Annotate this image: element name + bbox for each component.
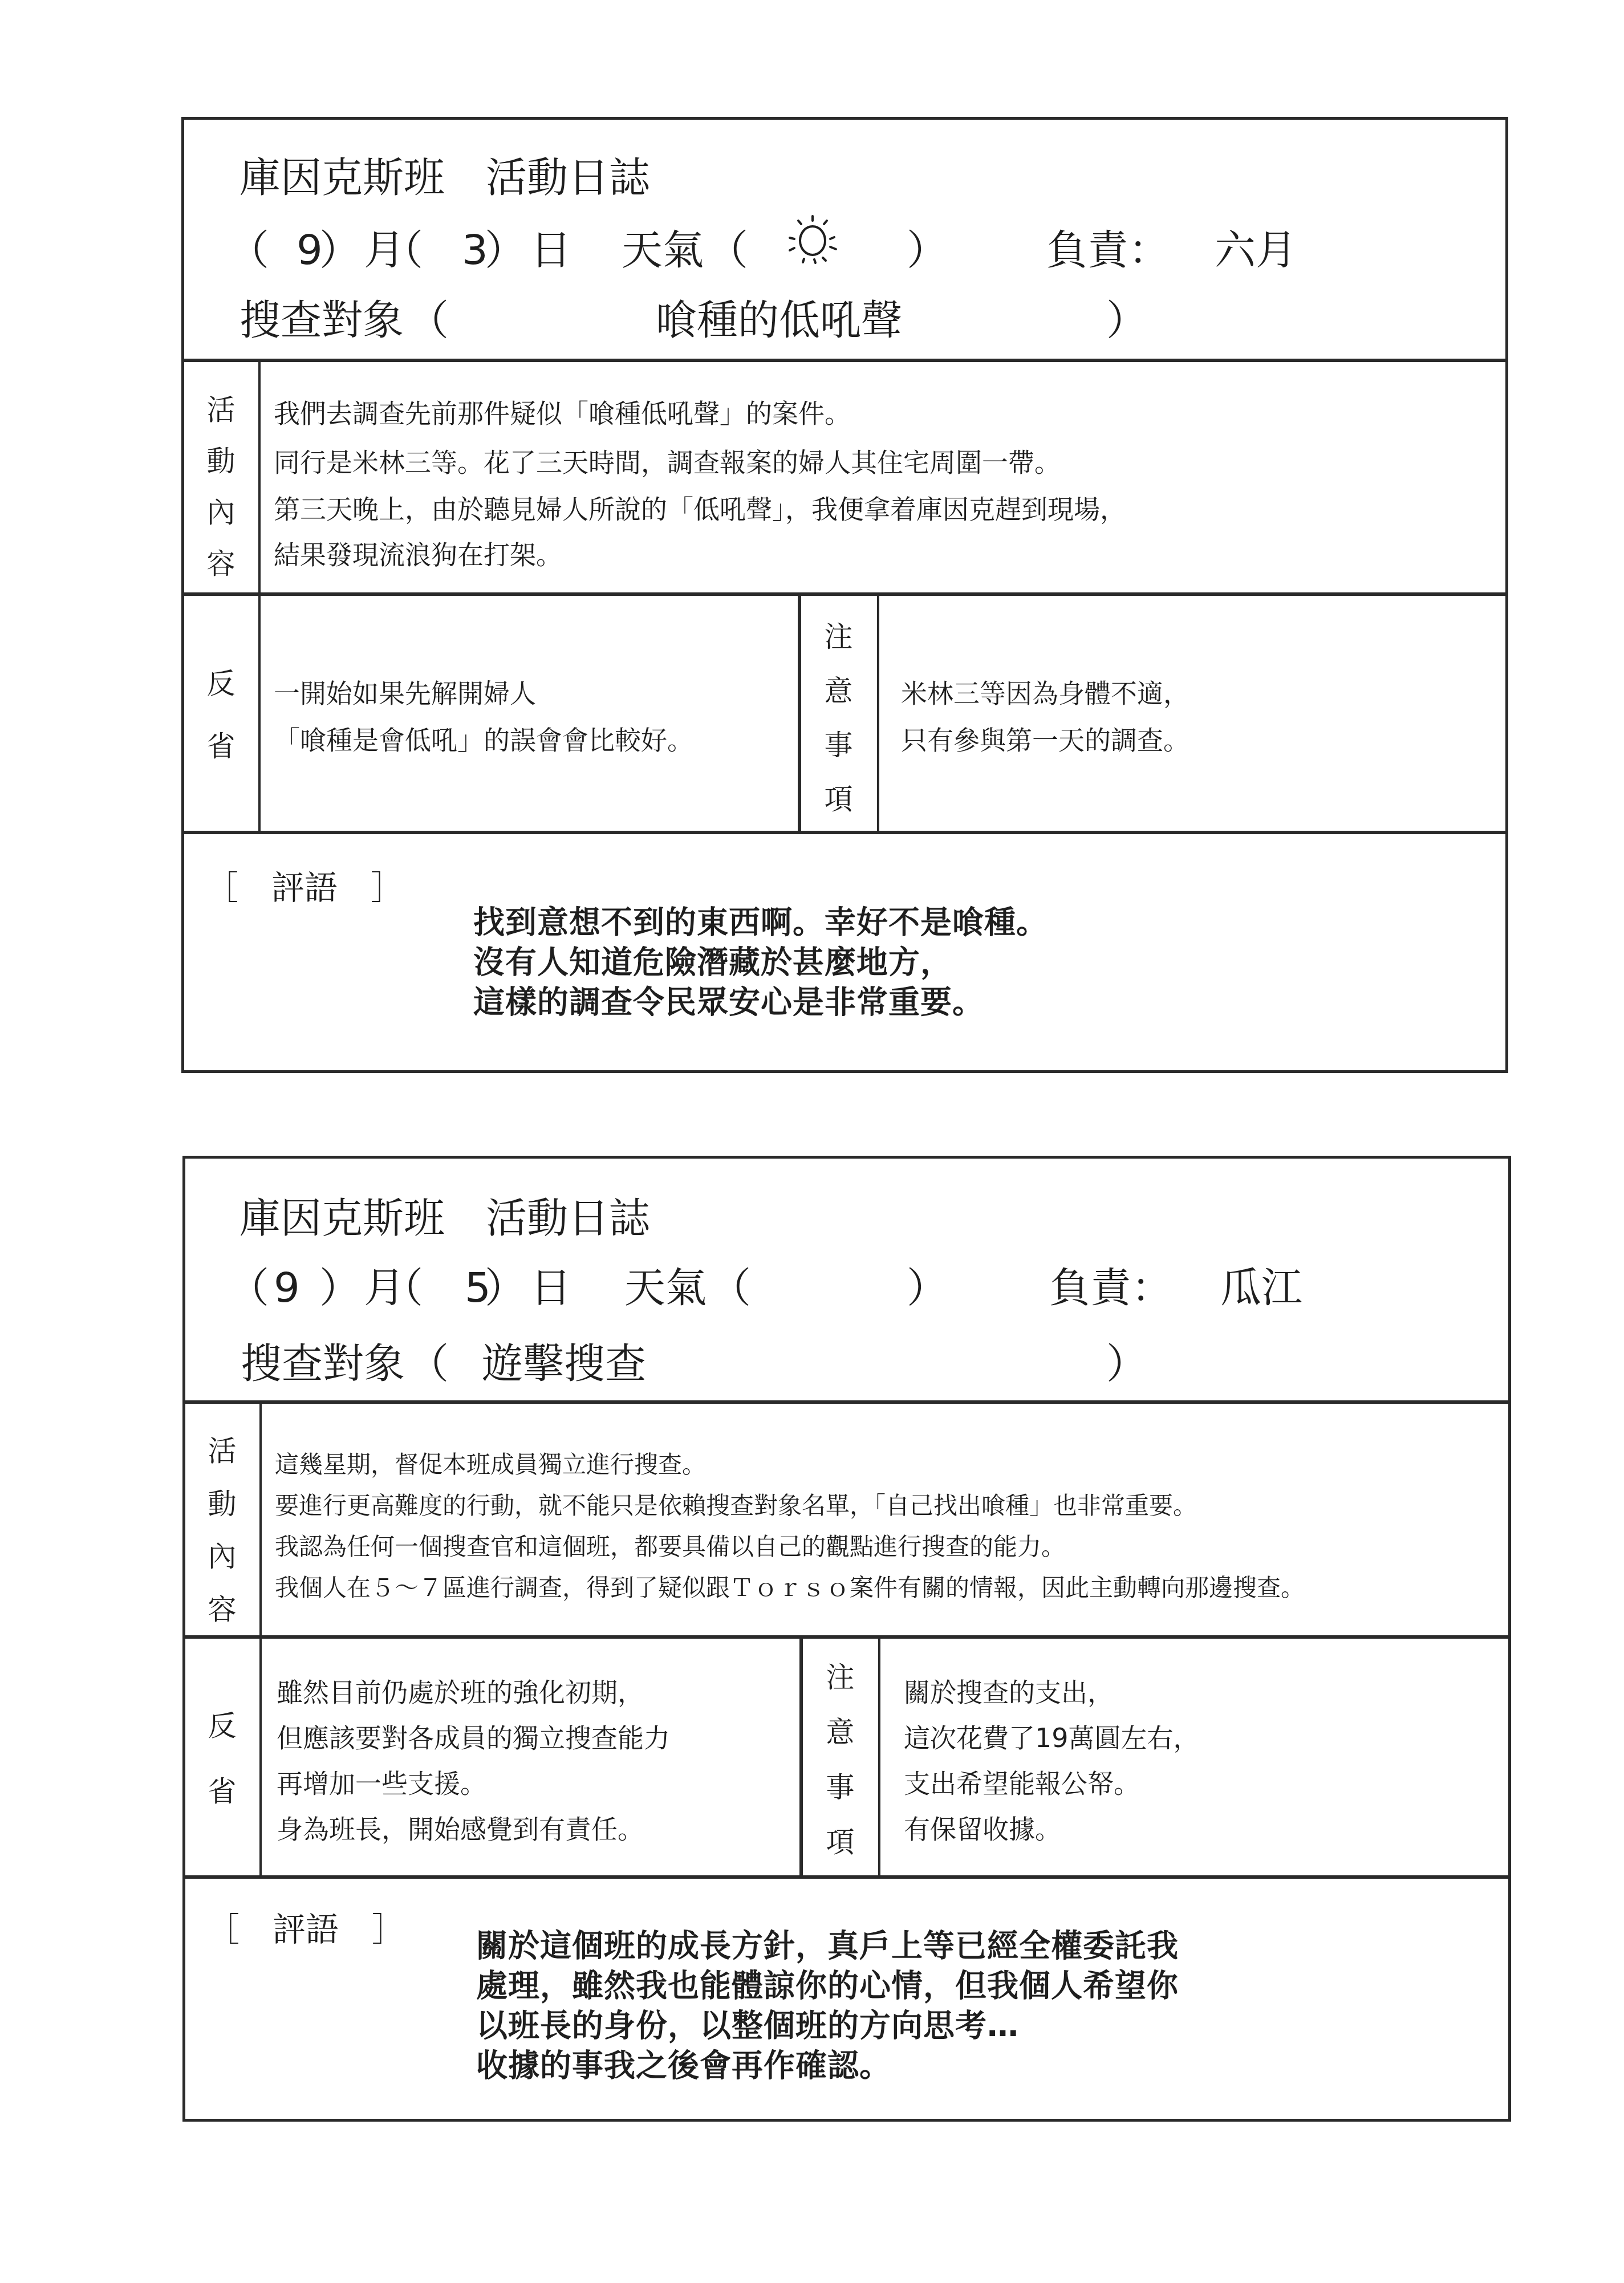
comment-line: 以班長的身份，以整個班的方向思考… [476,2010,1019,2041]
paren-open: （ [382,229,423,270]
log1-notes-label: 注 意 事 項 [800,607,877,824]
activity-line: 我們去調查先前那件疑似「喰種低吼聲」的案件。 [274,400,851,426]
paren-close: ） [907,1267,948,1308]
paren-close: ） [907,229,948,270]
log2-target: 遊擊搜查 [482,1343,646,1384]
log1-comment-label: ［ 評語 ］ [205,871,404,904]
log2-comment-label: ［ 評語 ］ [206,1913,405,1946]
reflection-line: 身為班長，開始感覺到有責任。 [277,1816,644,1842]
activity-line: 第三天晚上，由於聽見婦人所說的「低吼聲」，我便拿着庫因克趕到現場， [274,496,1126,522]
notes-line: 支出希望能報公帑。 [904,1770,1140,1797]
reflection-line: 雖然目前仍處於班的強化初期， [277,1679,644,1705]
log1-responsible: 六月 [1215,229,1297,270]
log1-day-label: 日 [530,229,571,270]
log2-activity-label: 活 動 內 容 [184,1423,261,1634]
log1-responsible-label: 負責： [1046,229,1170,270]
notes-line: 有保留收據。 [904,1816,1061,1842]
reflection-line: 一開始如果先解開婦人 [274,680,536,706]
notes-line: 米林三等因為身體不適， [901,680,1189,706]
log1-weather-label: 天氣 [622,229,704,270]
paren-open: （ [228,1267,269,1308]
reflection-line: 「喰種是會低吼」的誤會會比較好。 [274,727,693,753]
paren-open: （ [382,1267,423,1308]
log1-target-label: 搜查對象 [239,299,404,340]
comment-line: 收據的事我之後會再作確認。 [476,2050,891,2081]
log1-notes-label-divider [877,594,879,832]
paren-open: （ [408,1343,449,1384]
comment-line: 找到意想不到的東西啊。幸好不是喰種。 [473,907,1048,938]
log2-weather-label: 天氣 [624,1267,707,1308]
log1-reflection-label: 反 省 [182,650,259,775]
notes-line: 只有參與第一天的調查。 [901,727,1189,753]
log2-responsible: 瓜江 [1220,1267,1302,1308]
comment-line: 這樣的調查令民眾安心是非常重要。 [473,986,984,1018]
log2-reflection-label: 反 省 [184,1691,261,1822]
log2-notes-label: 注 意 事 項 [802,1648,879,1867]
activity-line: 我個人在５～７區進行調查，得到了疑似跟Ｔｏｒｓｏ案件有關的情報，因此主動轉向那邊… [275,1576,1305,1600]
activity-line: 我認為任何一個搜查官和這個班，都要具備以自己的觀點進行搜查的能力。 [275,1535,1065,1559]
log2-month: 9 [274,1267,300,1308]
log1-day: 3 [462,229,488,270]
log1-activity-label: 活 動 內 容 [182,382,259,587]
activity-line: 同行是米林三等。花了三天時間，調查報案的婦人其住宅周圍一帶。 [274,449,1061,476]
log2-activity-divider [182,1635,1511,1639]
paren-close: ） [1106,299,1147,340]
log1-header-divider [181,359,1508,362]
log2-reflection-divider [182,1875,1511,1879]
activity-line: 這幾星期，督促本班成員獨立進行搜查。 [275,1453,706,1477]
activity-line: 結果發現流浪狗在打架。 [274,542,562,568]
paren-open: （ [710,1267,751,1308]
log2-title: 庫因克斯班 活動日誌 [239,1197,650,1238]
comment-line: 處理，雖然我也能體諒你的心情，但我個人希望你 [476,1970,1179,2001]
paren-close: ） [1106,1343,1147,1384]
log1-month: 9 [297,229,323,270]
log1-activity-divider [181,592,1508,596]
notes-line: 關於搜查的支出， [904,1679,1114,1705]
paren-close: ） [485,229,526,270]
log1-target: 喰種的低吼聲 [656,299,902,340]
paren-open: （ [408,299,449,340]
sun-icon [787,214,838,268]
log2-target-label: 搜查對象 [241,1343,405,1384]
comment-line: 關於這個班的成長方針，真戶上等已經全權委託我 [476,1930,1179,1961]
paren-close: ） [319,1267,360,1308]
log2-day-label: 日 [530,1267,571,1308]
paren-open: （ [228,229,269,270]
log1-reflection-divider [181,831,1508,834]
comment-line: 沒有人知道危險潛藏於甚麼地方， [473,946,952,978]
notes-line: 這次花費了19萬圓左右， [904,1725,1200,1751]
log2-responsible-label: 負責： [1049,1267,1172,1308]
log1-title: 庫因克斯班 活動日誌 [239,157,650,198]
paren-open: （ [707,229,748,270]
reflection-line: 再增加一些支援。 [277,1770,486,1797]
paren-close: ） [485,1267,526,1308]
activity-line: 要進行更高難度的行動，就不能只是依賴搜查對象名單，「自己找出喰種」也非常重要。 [275,1494,1197,1518]
reflection-line: 但應該要對各成員的獨立搜查能力 [277,1725,670,1751]
paren-close: ） [319,229,360,270]
log2-header-divider [182,1400,1511,1404]
